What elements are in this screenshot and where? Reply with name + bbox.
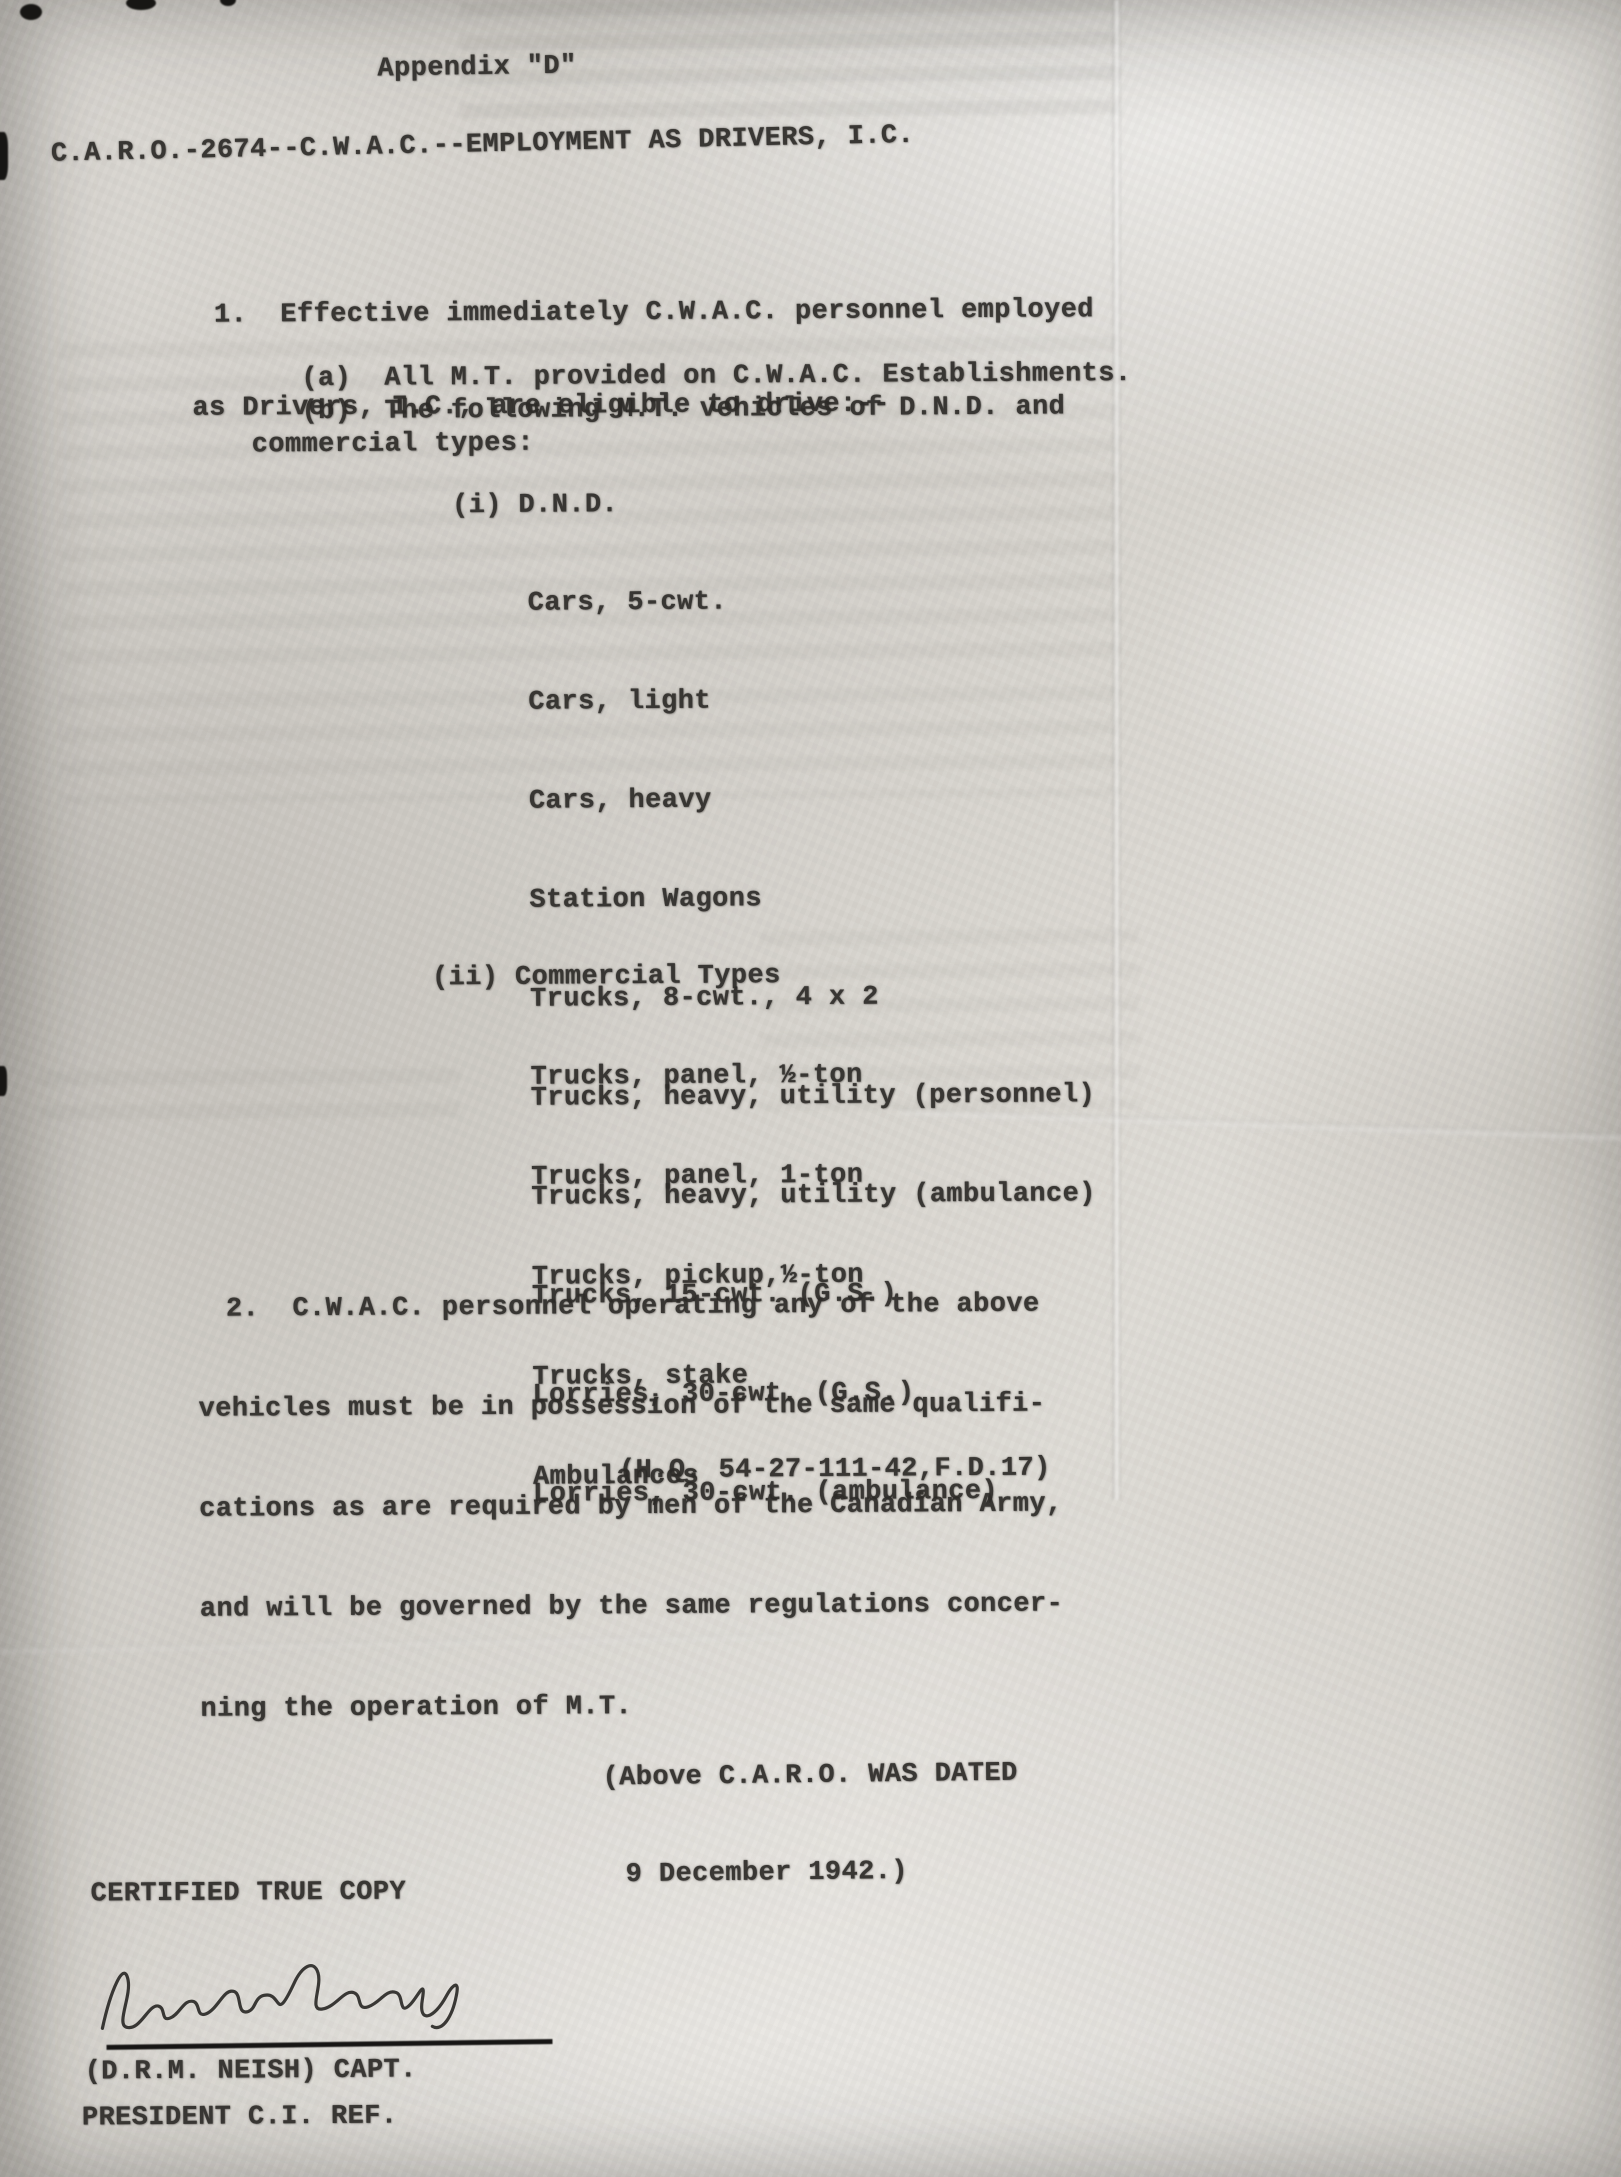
- dnd-item: Cars, light: [528, 684, 1093, 726]
- document-heading: C.A.R.O.-2674--C.W.A.C.--EMPLOYMENT AS D…: [51, 121, 915, 170]
- signatory-name: (D.R.M. NEISH) CAPT.: [85, 2055, 417, 2087]
- signature-handwriting: [94, 1926, 495, 2048]
- signatory-title: PRESIDENT C.I. REF.: [82, 2102, 398, 2134]
- list-item-a: (a) All M.T. provided on C.W.A.C. Establ…: [301, 359, 1131, 394]
- paragraph-1-line-1: 1. Effective immediately C.W.A.C. person…: [192, 295, 1094, 334]
- list-item-b-line-1: (b) The following M.T. vehicles of D.N.D…: [301, 392, 1065, 427]
- hq-reference: (H.Q. 54-27-111-42,F.D.17): [619, 1454, 1051, 1487]
- commercial-item: Trucks, panel, 1-ton: [531, 1161, 863, 1203]
- paragraph-2-line-2: vehicles must be in possession of the sa…: [199, 1389, 1063, 1434]
- dated-note-line-2: 9 December 1942.): [604, 1856, 1019, 1898]
- appendix-title: Appendix "D": [377, 52, 577, 85]
- sublist-i-heading: (i) D.N.D.: [452, 490, 618, 521]
- paragraph-2-line-3: cations as are required by men of the Ca…: [199, 1489, 1063, 1534]
- sublist-ii-heading: (ii) Commercial Types: [432, 961, 781, 993]
- certified-true-copy-label: CERTIFIED TRUE COPY: [90, 1877, 406, 1909]
- paragraph-2-line-4: and will be governed by the same regulat…: [200, 1589, 1064, 1634]
- commercial-item: Trucks, panel, ½-ton: [531, 1061, 863, 1103]
- dnd-item: Cars, 5-cwt.: [528, 585, 1093, 627]
- document-page: Appendix "D" C.A.R.O.-2674--C.W.A.C.--EM…: [0, 0, 1621, 2177]
- dnd-item: Station Wagons: [529, 882, 1094, 924]
- paragraph-2-line-1: 2. C.W.A.C. personnel operating any of t…: [198, 1289, 1062, 1334]
- dated-note-line-1: (Above C.A.R.O. WAS DATED: [602, 1759, 1017, 1801]
- list-item-b-line-2: commercial types:: [252, 429, 534, 461]
- dnd-item: Cars, heavy: [529, 783, 1094, 825]
- dated-note: (Above C.A.R.O. WAS DATED 9 December 194…: [602, 1699, 1020, 1958]
